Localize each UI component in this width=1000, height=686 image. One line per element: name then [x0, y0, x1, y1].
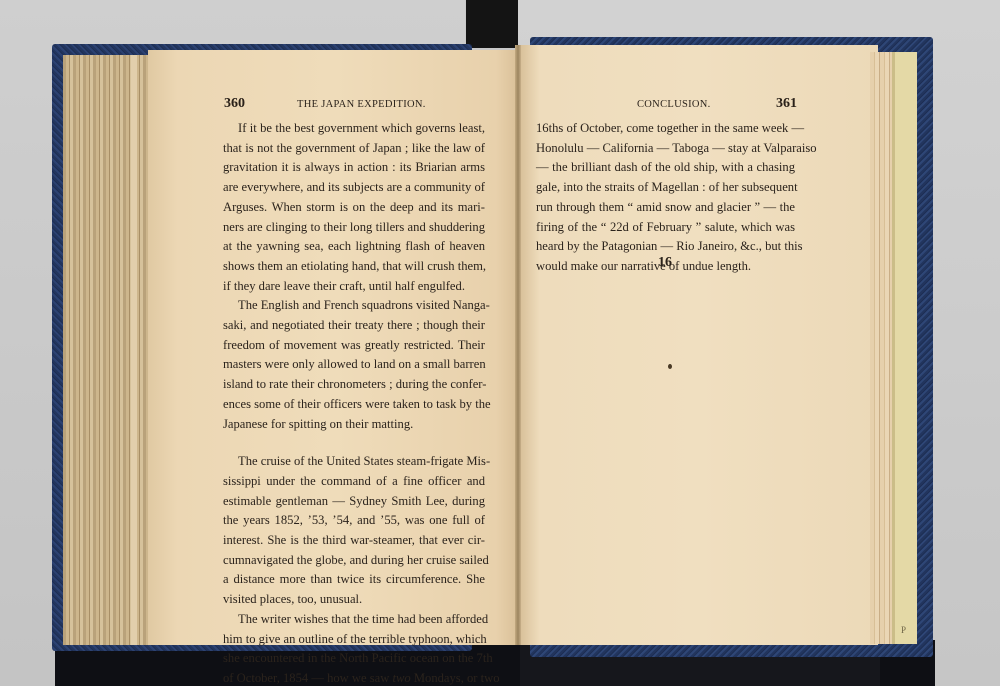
text-line: sissippi under the command of a fine off…	[223, 472, 485, 492]
text-line: the years 1852, ’53, ’54, and ’55, was o…	[223, 511, 485, 531]
left-page-body: If it be the best government which gover…	[223, 119, 485, 686]
text-line: masters were only allowed to land on a s…	[223, 355, 485, 375]
text-line: ners are clinging to their long tillers …	[223, 218, 485, 238]
endpaper-pencil-mark: P	[901, 625, 906, 635]
text-line: firing of the “ 22d of February ” salute…	[536, 218, 795, 238]
text-line: island to rate their chronometers ; duri…	[223, 375, 485, 395]
text-line: are everywhere, and its subjects are a c…	[223, 178, 485, 198]
text-line-with-italic: of October, 1854 — how we saw two Monday…	[223, 669, 485, 686]
text-line: at the yawning sea, each lightning flash…	[223, 237, 485, 257]
book-gutter	[515, 45, 521, 645]
text-line: run through them “ amid snow and glacier…	[536, 198, 795, 218]
text-line: cumnavigated the globe, and during her c…	[223, 551, 485, 571]
text-line: saki, and negotiated their treaty there …	[223, 316, 485, 336]
text-line: shows them an etiolating hand, that will…	[223, 257, 485, 277]
text-line: The English and French squadrons visited…	[223, 296, 485, 316]
text-line: gravitation it is always in action : its…	[223, 158, 485, 178]
section-break	[223, 434, 485, 452]
text-line: interest. She is the third war-steamer, …	[223, 531, 485, 551]
text-line: heard by the Patagonian — Rio Janeiro, &…	[536, 237, 795, 257]
text-line: if they dare leave their craft, until ha…	[223, 277, 485, 297]
text-line: If it be the best government which gover…	[223, 119, 485, 139]
left-running-head: THE JAPAN EXPEDITION.	[297, 99, 426, 110]
page-edge-highlight	[131, 55, 137, 645]
italic-emphasis: two	[392, 671, 410, 685]
text-line: that is not the government of Japan ; li…	[223, 139, 485, 159]
text-line: she encountered in the North Pacific oce…	[223, 649, 485, 669]
text-line: a distance more than twice its circumfer…	[223, 570, 485, 590]
text-line: ences some of their officers were taken …	[223, 395, 485, 415]
text-line: visited places, too, unusual.	[223, 590, 485, 610]
paragraph: The English and French squadrons visited…	[223, 296, 485, 434]
text-line: estimable gentleman — Sydney Smith Lee, …	[223, 492, 485, 512]
paragraph: The writer wishes that the time had been…	[223, 610, 485, 686]
text-line: freedom of movement was greatly restrict…	[223, 336, 485, 356]
right-page-body: 16ths of October, come together in the s…	[536, 119, 795, 277]
text-line: — the brilliant dash of the old ship, wi…	[536, 158, 795, 178]
right-page-number: 361	[776, 96, 797, 112]
ink-speck	[668, 364, 672, 369]
left-page-number: 360	[224, 96, 245, 112]
text-line: Arguses. When storm is on the deep and i…	[223, 198, 485, 218]
paragraph: 16ths of October, come together in the s…	[536, 119, 795, 277]
right-running-head: CONCLUSION.	[637, 99, 711, 110]
page-edges-left	[63, 55, 153, 645]
signature-mark: 16	[658, 255, 672, 271]
paragraph: The cruise of the United States steam-fr…	[223, 452, 485, 610]
text-line: gale, into the straits of Magellan : of …	[536, 178, 795, 198]
endpaper	[892, 52, 917, 644]
book-clamp	[466, 0, 518, 48]
text-line: him to give an outline of the terrible t…	[223, 630, 485, 650]
text-line: Japanese for spitting on their matting.	[223, 415, 485, 435]
paragraph: If it be the best government which gover…	[223, 119, 485, 296]
text-line: The cruise of the United States steam-fr…	[223, 452, 485, 472]
page-edges-right	[870, 52, 892, 644]
text-line: Honolulu — California — Taboga — stay at…	[536, 139, 795, 159]
text-line: 16ths of October, come together in the s…	[536, 119, 795, 139]
text-line: The writer wishes that the time had been…	[223, 610, 485, 630]
